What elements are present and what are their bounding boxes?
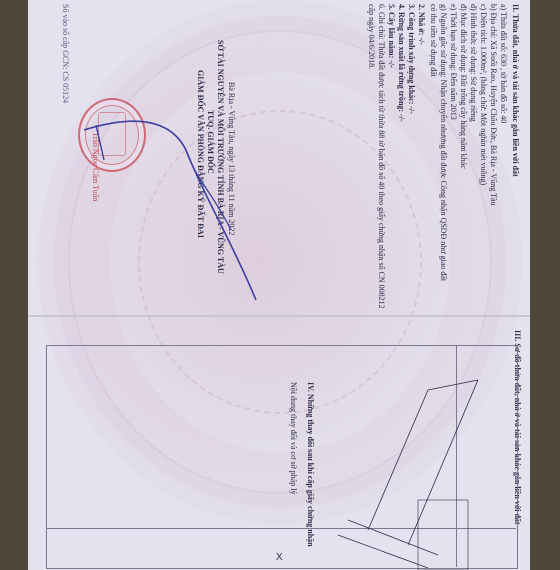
detail-line: 2. Nhà ở: -/- [416,4,426,45]
official-red-seal [78,98,146,172]
section-ii-details: a) Thửa đất số: 630 , tờ bản đồ số: 40 [498,4,508,123]
detail-line: e) Thời hạn sử dụng: Đến năm 2013 [448,4,458,120]
registry-number: Số vào sổ cấp GCN: CS 05124 [60,4,70,103]
detail-line: d) Hình thức sử dụng: Sử dụng riêng [468,4,478,122]
background-surface-left [0,0,30,570]
section-iv-column-header: Nội dung thay đổi và cơ sở pháp lý [288,382,298,494]
signer-name: Trần Ngọc Cẩm Tuấn [90,132,100,201]
place-date: Bà Rịa - Vũng Tàu, ngày 13 tháng 11 năm … [226,82,236,235]
detail-line: 4. Rừng sản xuất là rừng trồng: -/- [396,4,406,122]
background-surface-right [530,0,560,570]
parcel-sketch [328,370,528,570]
detail-line: a) Thửa đất số: 630 , tờ bản đồ số: 40 [498,4,508,123]
detail-line: cấp ngày 04/6/2018. [366,4,376,69]
issuing-org: SỞ TÀI NGUYÊN VÀ MÔI TRƯỜNG TỈNH BÀ RỊA … [215,40,225,274]
detail-line: 5. Cây lâu năm: -/- [386,4,396,68]
director-title: GIÁM ĐỐC VĂN PHÒNG ĐĂNG KÝ ĐẤT ĐAI [195,70,205,238]
detail-line: c) Diện tích: 1.000m², (bằng chữ: Một ng… [478,4,488,185]
authorization-line: TUQ. GIÁM ĐỐC [205,110,215,174]
detail-line: b) Địa chỉ: Xã Suối Rao, Huyện Châu Đức,… [488,4,498,206]
section-iv-header: IV. Những thay đổi sau khi cấp giấy chứn… [305,382,315,547]
detail-line: có thu tiền sử dụng đất [428,4,438,77]
x-marker: X [276,552,283,563]
detail-line: 3. Công trình xây dựng khác: -/- [406,4,416,114]
certificate-document: II. Thửa đất, nhà ở và tài sản khác gắn … [28,0,530,570]
detail-line: đ) Mục đích sử dụng: Đất trồng cây hàng … [458,4,468,169]
section-ii-header: II. Thửa đất, nhà ở và tài sản khác gắn … [510,4,520,177]
page-fold-line [28,315,530,317]
detail-line: 6. Ghi chú: Thửa đất được tách từ thửa 8… [376,4,386,309]
detail-line: g) Nguồn gốc sử dụng: Nhận chuyển nhượng… [438,4,448,281]
